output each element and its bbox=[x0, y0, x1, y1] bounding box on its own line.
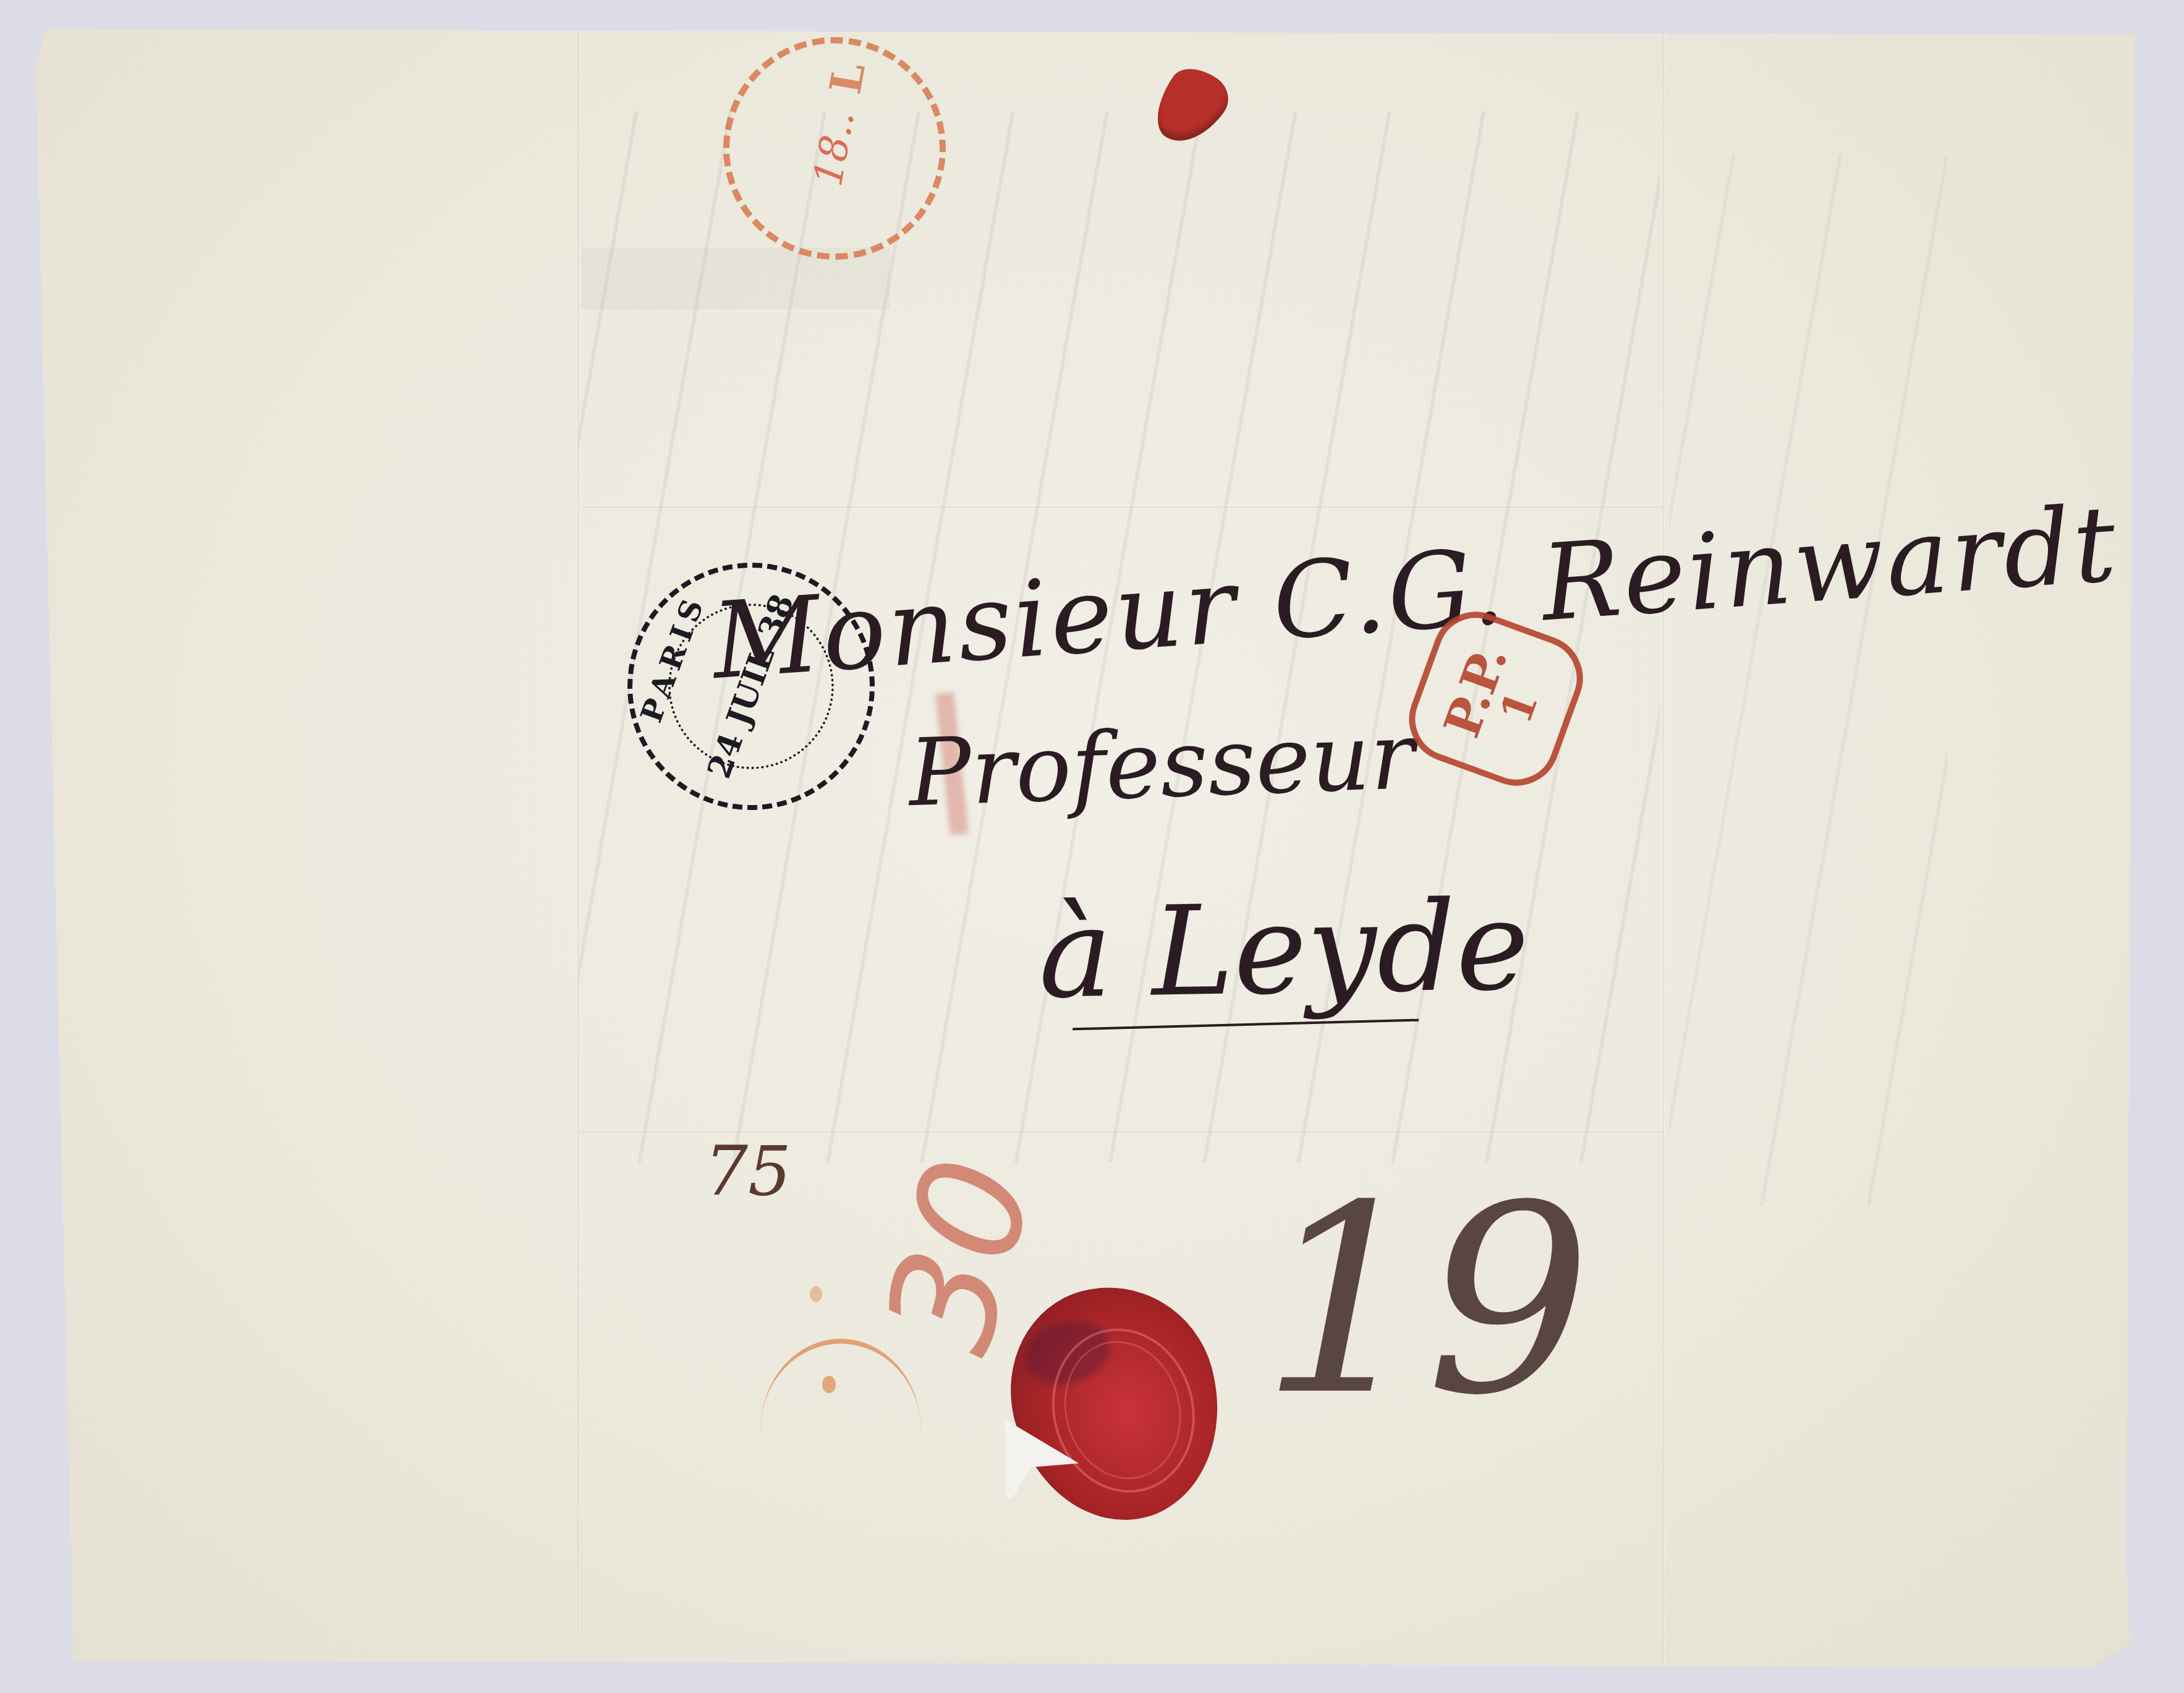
manuscript-rate-19: 19 bbox=[1261, 1150, 1591, 1452]
red-postmark-date: 18.. bbox=[805, 107, 864, 189]
red-postmark-side-mark: L bbox=[819, 59, 875, 98]
orange-postmark-dot bbox=[822, 1376, 836, 1393]
show-through-handwriting-right bbox=[1669, 155, 1947, 1206]
pp-number: 1 bbox=[1494, 686, 1544, 729]
address-city: à Leyde bbox=[1037, 874, 1530, 1026]
orange-ink-dot bbox=[810, 1286, 822, 1302]
address-title: Professeur bbox=[907, 702, 1416, 827]
fold-line-vertical-right bbox=[1663, 30, 1665, 1667]
manuscript-rate-75: 75 bbox=[705, 1132, 791, 1211]
